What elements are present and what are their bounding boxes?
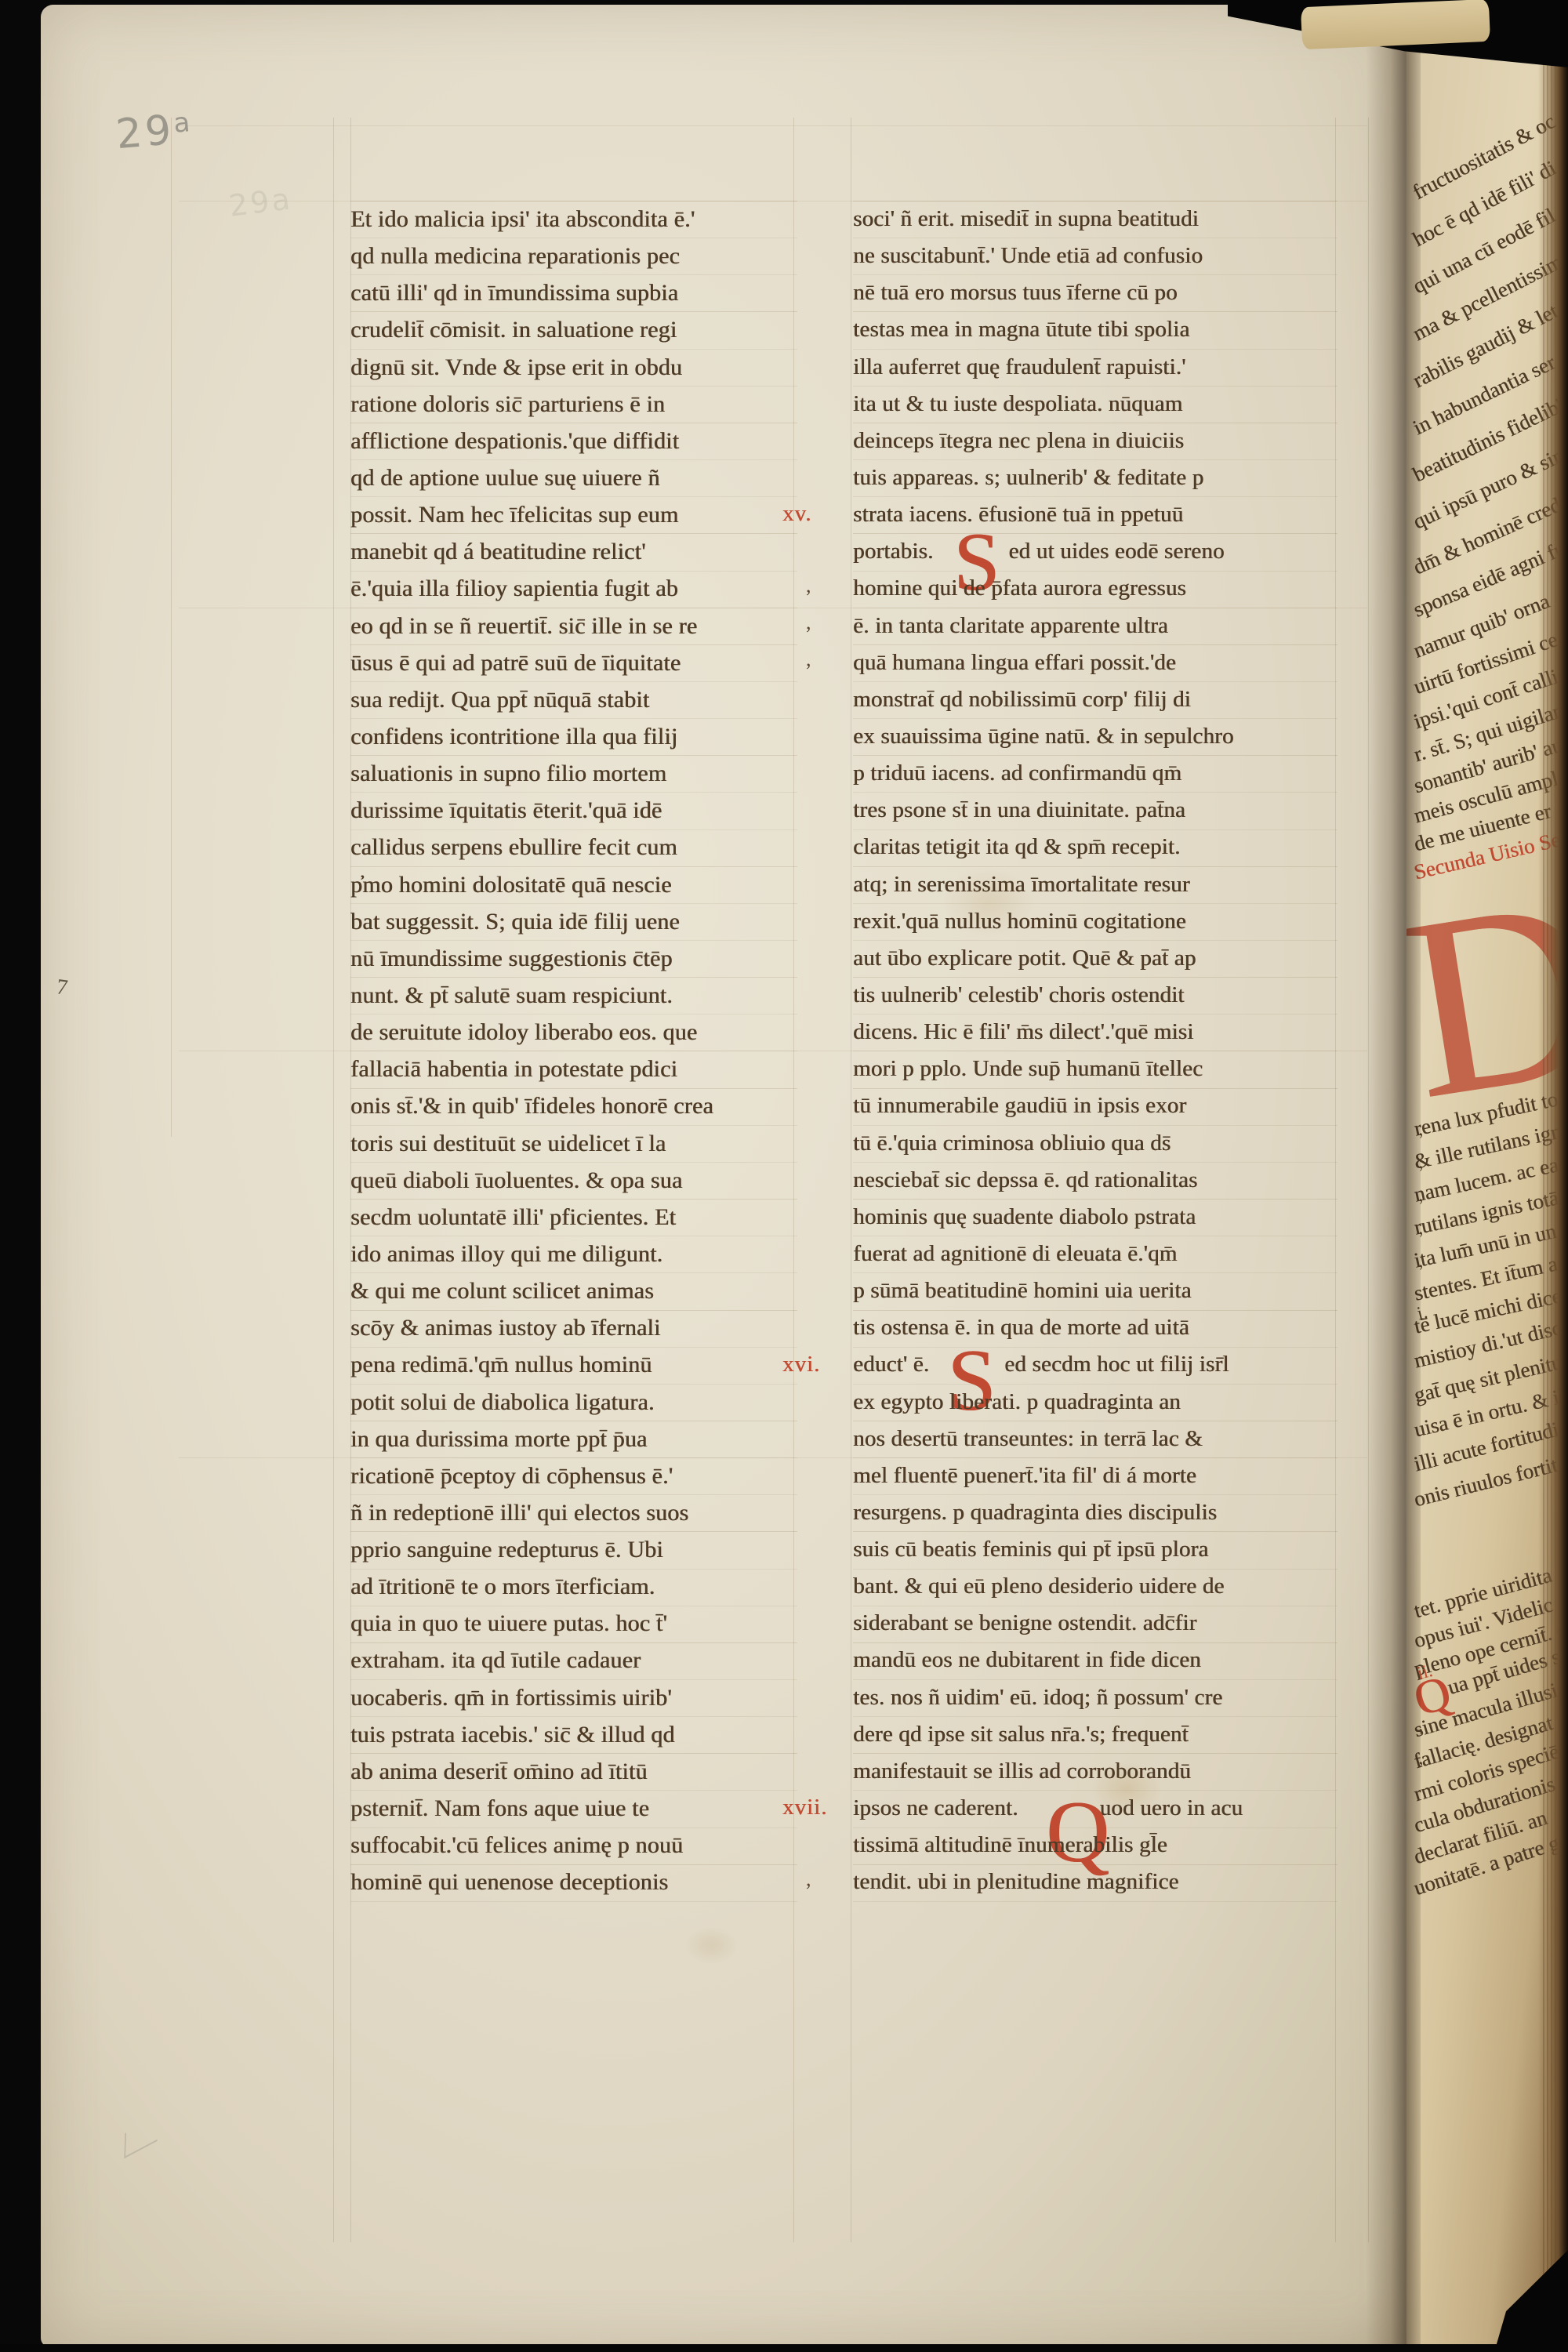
text-line-right: suis cū beatis feminis qui pt̄ ipsū plor… xyxy=(853,1531,1338,1568)
text-line-right: testas mea in magna ūtute tibi spolia xyxy=(853,311,1338,348)
text-line-left: hominē qui uenenose deceptionis xyxy=(350,1864,797,1900)
text-line-left: bat suggessit. S; quia idē filij uene xyxy=(350,903,797,940)
margin-mark: , xyxy=(806,1867,811,1891)
text-line-left: confidens icontritione illa qua filij xyxy=(350,718,797,755)
facing-page-edge: fructuositatis & ochoc ē qd idē fili' di… xyxy=(1406,0,1568,2352)
text-line-right: deinceps ītegra nec plena in diuiciis xyxy=(853,423,1338,459)
text-line-right: ipsos ne caderent.uod uero in acuQ xyxy=(853,1790,1338,1827)
text-line-right: mel fluentē puenert̄.'ita fil' di á mort… xyxy=(853,1457,1338,1494)
text-line-right: nē tuā ero morsus tuus īferne cū po xyxy=(853,274,1338,311)
text-line-right: tendit. ubi in plenitudine magnifice xyxy=(853,1864,1338,1900)
text-column-right: soci' ñ erit. misedit̄ in supna beatitud… xyxy=(853,201,1338,1900)
text-line-right: soci' ñ erit. misedit̄ in supna beatitud… xyxy=(853,201,1338,238)
text-line-left: fallaciā habentia in potestate pdici xyxy=(350,1051,797,1087)
text-line-right: siderabant se benigne ostendit. adc̄fir xyxy=(853,1605,1338,1642)
text-line-right: fuerat ad agnitionē di eleuata ē.'qm̄ xyxy=(853,1236,1338,1272)
text-line-left: ūsus ē qui ad patrē suū de īiquitate xyxy=(350,644,797,681)
ruling-line-vertical xyxy=(171,118,172,1137)
text-line-right: bant. & qui eū pleno desiderio uidere de xyxy=(853,1568,1338,1605)
margin-mark: , xyxy=(806,574,811,597)
text-line-left: scōy & animas iustoy ab īfernali xyxy=(350,1309,797,1346)
margin-mark: , xyxy=(806,611,811,634)
text-line-right: tis uulnerib' celestib' choris ostendit xyxy=(853,977,1338,1014)
text-line-left: possit. Nam hec īfelicitas sup eum xyxy=(350,496,797,533)
text-line-left: tuis pstrata iacebis.' sic̄ & illud qd xyxy=(350,1716,797,1753)
text-line-right: mandū eos ne dubitarent in fide dicen xyxy=(853,1642,1338,1679)
text-line-right: tuis appareas. s; uulnerib' & feditate p xyxy=(853,459,1338,496)
folio-number: 29a xyxy=(114,105,196,158)
text-line-left: uocaberis. qm̄ in fortissimis uirib' xyxy=(350,1679,797,1716)
line-pre: ipsos ne caderent. xyxy=(853,1795,1018,1820)
text-line-left: durissime īquitatis ēterit.'quā idē xyxy=(350,792,797,829)
text-line-left: ab anima deserit̄ om̄ino ad ītitū xyxy=(350,1753,797,1790)
text-line-left: ē.'quia illa filioy sapientia fugit ab xyxy=(350,570,797,607)
text-line-right: ē. in tanta claritate apparente ultra xyxy=(853,608,1338,644)
text-line-right: tres psone st̄ in una diuinitate. pat̄na xyxy=(853,792,1338,829)
text-line-right: portabis.ed ut uides eodē serenoS xyxy=(853,533,1338,570)
text-line-right: mori p pplo. Unde sup̄ humanū ītellec xyxy=(853,1051,1338,1087)
text-line-left: queū diaboli īuoluentes. & opa sua xyxy=(350,1162,797,1199)
text-line-right: strata iacens. ēfusionē tuā in ppetuū xyxy=(853,496,1338,533)
text-line-left: potit solui de diabolica ligatura. xyxy=(350,1384,797,1421)
text-line-left: pprio sanguine redepturus ē. Ubi xyxy=(350,1531,797,1568)
line-post: ed secdm hoc ut filij isr̄l xyxy=(1004,1352,1229,1377)
text-line-right: atq; in serenissima īmortalitate resur xyxy=(853,866,1338,903)
line-pre: portabis. xyxy=(853,539,933,564)
text-line-left: ratione doloris sic̄ parturiens ē in xyxy=(350,386,797,423)
ruling-line xyxy=(853,1901,1338,1902)
text-column-left: Et ido malicia ipsi' ita abscondita ē.'q… xyxy=(350,201,797,1900)
text-line-left: catū illi' qd in īmundissima supbia xyxy=(350,274,797,311)
chapter-numeral: xv. xyxy=(782,501,811,527)
text-line-left: eo qd in se ñ reuertit̄. sic̄ ille in se… xyxy=(350,608,797,644)
text-line-left: p̓mo homini dolositatē quā nescie xyxy=(350,866,797,903)
text-line-right: ex suauissima ūgine natū. & in sepulchro xyxy=(853,718,1338,755)
text-line-left: suffocabit.'cū felices animę p nouū xyxy=(350,1827,797,1864)
text-line-right: p triduū iacens. ad confirmandū qm̄ xyxy=(853,755,1338,792)
manuscript-photo: 29a 29a 7 Et ido malicia ipsi' ita absco… xyxy=(0,0,1568,2352)
text-line-left: callidus serpens ebullire fecit cum xyxy=(350,829,797,866)
text-line-right: tissimā altitudinē īnumerabilis gl̄e xyxy=(853,1827,1338,1864)
text-line-right: ne suscitabunt̄.' Unde etiā ad confusio xyxy=(853,238,1338,274)
line-post: ed ut uides eodē sereno xyxy=(1008,539,1224,564)
ruling-line-vertical xyxy=(851,118,851,2242)
text-line-left: afflictione despationis.'que diffidit xyxy=(350,423,797,459)
chapter-numeral: xvi. xyxy=(782,1352,820,1377)
text-line-left: manebit qd á beatitudine relict' xyxy=(350,533,797,570)
text-line-right: homine qui de p̄fata aurora egressus xyxy=(853,570,1338,607)
text-line-left: extraham. ita qd īutile cadauer xyxy=(350,1642,797,1679)
text-line-right: dicens. Hic ē fili' m̄s dilect'.'quē mis… xyxy=(853,1014,1338,1051)
text-line-left: Et ido malicia ipsi' ita abscondita ē.' xyxy=(350,201,797,238)
text-line-right: educt' ē.ed secdm hoc ut filij isr̄lS xyxy=(853,1346,1338,1383)
text-line-left: psternit̄. Nam fons aque uiue te xyxy=(350,1790,797,1827)
text-line-left: pena redimā.'qm̄ nullus hominū xyxy=(350,1346,797,1383)
text-line-right: ita ut & tu iuste despoliata. nūquam xyxy=(853,386,1338,423)
text-line-right: nos desertū transeuntes: in terrā lac & xyxy=(853,1421,1338,1457)
text-line-left: onis st̄.'& in quib' īfideles honorē cre… xyxy=(350,1087,797,1124)
text-line-left: in qua durissima morte ppt̄ p̄ua xyxy=(350,1421,797,1457)
text-line-right: dere qd ipse sit salus nr̄a.'s; frequent… xyxy=(853,1716,1338,1753)
line-pre: educt' ē. xyxy=(853,1352,929,1377)
text-line-left: saluationis in supno filio mortem xyxy=(350,755,797,792)
text-line-right: tū innumerabile gaudiū in ipsis exor xyxy=(853,1087,1338,1124)
text-line-right: p sūmā beatitudinē homini uia uerita xyxy=(853,1272,1338,1309)
text-line-left: de seruitute idoloy liberabo eos. que xyxy=(350,1014,797,1051)
text-line-left: sua redijt. Qua ppt̄ nūquā stabit xyxy=(350,681,797,718)
text-line-left: ad ītritionē te o mors īterficiam. xyxy=(350,1568,797,1605)
text-line-left: ñ in redeptionē illi' qui electos suos xyxy=(350,1494,797,1531)
ruling-line-vertical xyxy=(1368,118,1369,2242)
text-line-left: quia in quo te uiuere putas. hoc t̄' xyxy=(350,1605,797,1642)
text-line-right: tis ostensa ē. in qua de morte ad uitā xyxy=(853,1309,1338,1346)
text-line-right: resurgens. p quadraginta dies discipulis xyxy=(853,1494,1338,1531)
text-line-left: ricationē p̄ceptoy di cōphensus ē.' xyxy=(350,1457,797,1494)
text-line-right: nesciebat̄ sic depssa ē. qd rationalitas xyxy=(853,1162,1338,1199)
text-line-left: crudelit̄ cōmisit. in saluatione regi xyxy=(350,311,797,348)
parchment-stain xyxy=(684,1926,739,1965)
text-line-right: ex egypto liberati. p quadraginta an xyxy=(853,1384,1338,1421)
text-line-right: tū ē.'quia criminosa obliuio qua ds̄ xyxy=(853,1125,1338,1162)
text-line-left: & qui me colunt scilicet animas xyxy=(350,1272,797,1309)
text-line-right: rexit.'quā nullus hominū cogitatione xyxy=(853,903,1338,940)
text-line-left: nū īmundissime suggestionis c̄tēp xyxy=(350,940,797,977)
text-line-right: tes. nos ñ uidim' eū. idoq; ñ possum' cr… xyxy=(853,1679,1338,1716)
chapter-numeral: xvii. xyxy=(782,1795,827,1820)
ruling-line-vertical xyxy=(333,118,334,2242)
text-line-right: claritas tetigit ita qd & spm̄ recepit. xyxy=(853,829,1338,866)
text-line-left: ido animas illoy qui me diligunt. xyxy=(350,1236,797,1272)
margin-mark: , xyxy=(806,648,811,671)
line-post: uod uero in acu xyxy=(1100,1795,1243,1820)
text-line-right: quā humana lingua effari possit.'de xyxy=(853,644,1338,681)
ruling-line-long xyxy=(179,125,1367,126)
text-line-right: monstrat̄ qd nobilissimū corp' filij di xyxy=(853,681,1338,718)
text-line-left: secdm uoluntatē illi' pficientes. Et xyxy=(350,1199,797,1236)
fore-edge-shadow xyxy=(1538,0,1568,2352)
text-line-right: illa auferret quę fraudulent̄ rapuisti.' xyxy=(853,349,1338,386)
text-line-left: nunt. & pt̄ salutē suam respiciunt. xyxy=(350,977,797,1014)
text-line-left: toris sui destituūt se uidelicet ī la xyxy=(350,1125,797,1162)
curled-page-corner xyxy=(1301,0,1490,49)
text-line-left: dignū sit. Vnde & ipse erit in obdu xyxy=(350,349,797,386)
text-line-right: hominis quę suadente diabolo pstrata xyxy=(853,1199,1338,1236)
text-line-left: qd nulla medicina reparationis pec xyxy=(350,238,797,274)
text-line-right: aut ūbo explicare potit. Quē & pat̄ ap xyxy=(853,940,1338,977)
ruling-line xyxy=(350,1901,797,1902)
text-line-left: qd de aptione uulue suę uiuere ñ xyxy=(350,459,797,496)
backdrop-bottom xyxy=(0,2344,1568,2352)
